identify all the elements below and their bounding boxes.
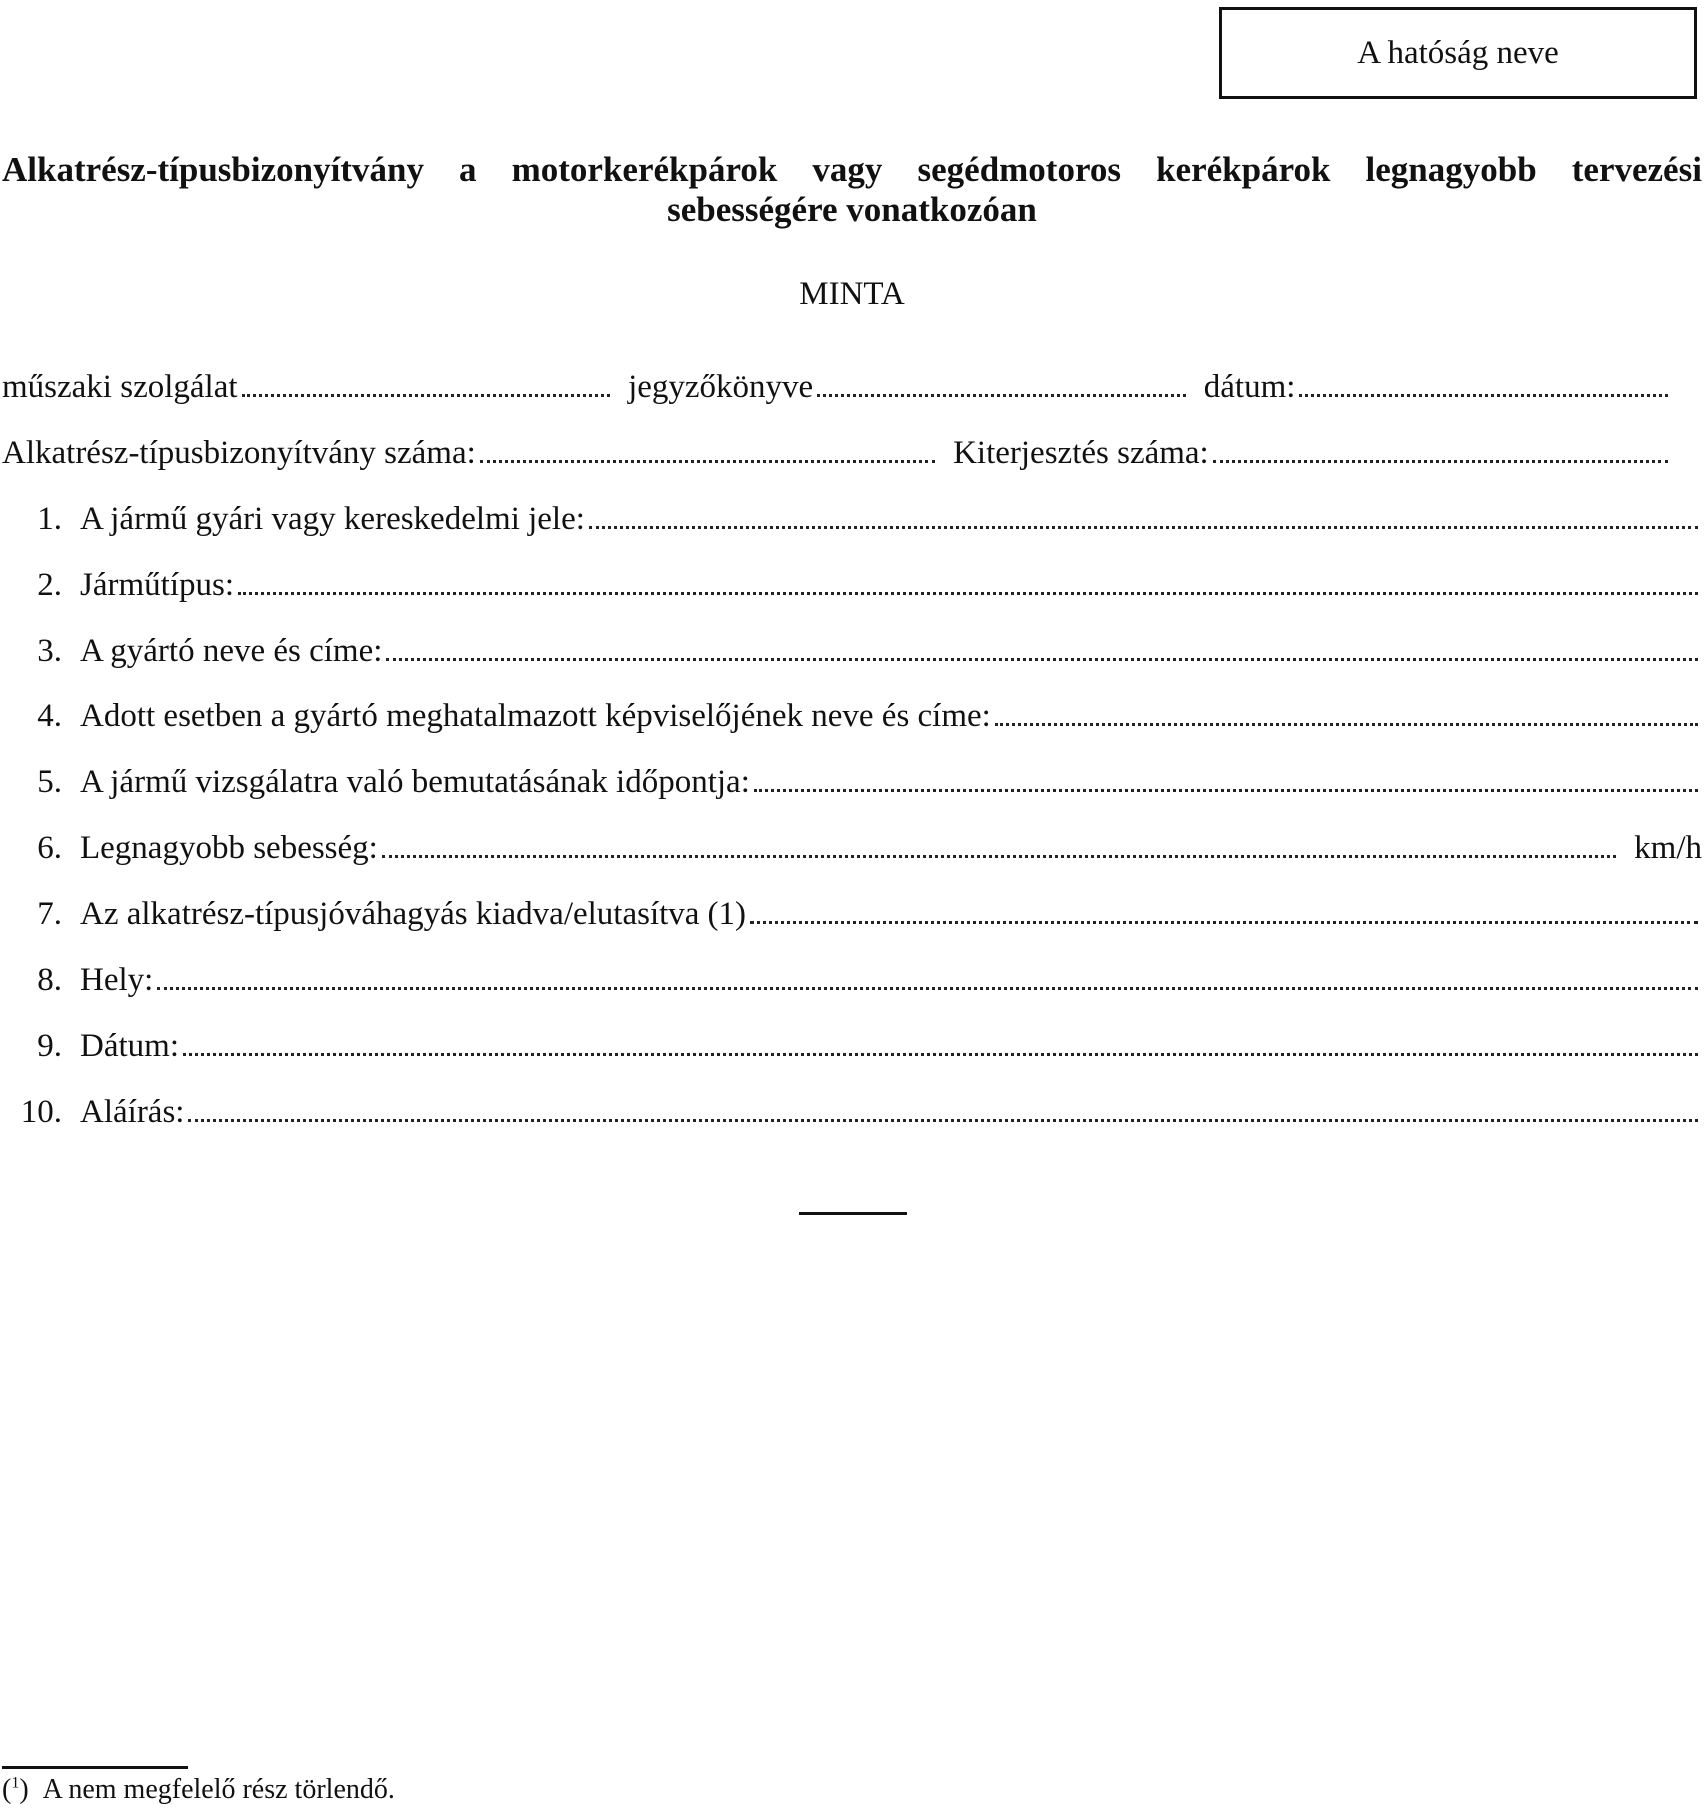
item-label: Hely: <box>80 962 153 999</box>
item-label: A jármű vizsgálatra való bemutatásának i… <box>80 764 750 801</box>
extension-number-field[interactable] <box>1213 434 1668 463</box>
title-line-2: sebességére vonatkozóan <box>2 190 1702 230</box>
item-row: 2. Járműtípus: <box>2 566 1702 606</box>
date-label: dátum: <box>1204 369 1296 406</box>
item-row: 1. A jármű gyári vagy kereskedelmi jele: <box>2 500 1702 540</box>
extension-number-label: Kiterjesztés száma: <box>953 435 1209 472</box>
item-row: 5. A jármű vizsgálatra való bemutatásána… <box>2 763 1702 803</box>
title-line-1: Alkatrész-típusbizonyítvány a motorkerék… <box>2 150 1702 190</box>
item-number: 4. <box>2 698 62 735</box>
speed-unit: km/h <box>1634 830 1702 867</box>
item-field[interactable] <box>238 566 1698 595</box>
technical-service-label: műszaki szolgálat <box>2 369 238 406</box>
item-number: 7. <box>2 896 62 933</box>
footnote-text: A nem megfelelő rész törlendő. <box>43 1774 395 1805</box>
signature-field[interactable] <box>188 1093 1698 1122</box>
footnote-reference: (1) <box>707 896 745 933</box>
date-field[interactable] <box>1299 368 1668 397</box>
item-number: 5. <box>2 764 62 801</box>
item-label: Adott esetben a gyártó meghatalmazott ké… <box>80 698 991 735</box>
section-divider <box>799 1212 907 1215</box>
footnote-marker: 1 <box>11 1775 19 1792</box>
item-number: 10. <box>2 1094 62 1131</box>
header-row-numbers: Alkatrész-típusbizonyítvány száma: Kiter… <box>2 434 1702 474</box>
title-word: vagy <box>812 150 882 190</box>
item-number: 1. <box>2 501 62 538</box>
report-field[interactable] <box>817 368 1186 397</box>
item-number: 3. <box>2 633 62 670</box>
item-field[interactable] <box>386 632 1698 661</box>
title-word: tervezési <box>1572 150 1702 190</box>
item-label: Dátum: <box>80 1028 179 1065</box>
authority-name-label: A hatóság neve <box>1357 35 1559 72</box>
item-row: 8. Hely: <box>2 961 1702 1001</box>
item-field[interactable] <box>750 895 1698 924</box>
item-label: Járműtípus: <box>80 567 234 604</box>
title-word: a <box>459 150 477 190</box>
item-label: A jármű gyári vagy kereskedelmi jele: <box>80 501 585 538</box>
title-word: Alkatrész-típusbizonyítvány <box>2 150 424 190</box>
item-row: 4. Adott esetben a gyártó meghatalmazott… <box>2 697 1702 737</box>
title-word: segédmotoros <box>918 150 1122 190</box>
title-word: legnagyobb <box>1366 150 1537 190</box>
item-label: A gyártó neve és címe: <box>80 633 382 670</box>
item-number: 8. <box>2 962 62 999</box>
item-label: Aláírás: <box>80 1094 184 1131</box>
item-label: Az alkatrész-típusjóváhagyás kiadva/elut… <box>80 896 699 933</box>
title-word: motorkerékpárok <box>512 150 778 190</box>
max-speed-field[interactable] <box>382 829 1616 858</box>
item-row: 10. Aláírás: <box>2 1093 1702 1133</box>
item-row: 3. A gyártó neve és címe: <box>2 632 1702 672</box>
header-row-service: műszaki szolgálat jegyzőkönyve dátum: <box>2 368 1702 408</box>
technical-service-field[interactable] <box>242 368 611 397</box>
item-row: 9. Dátum: <box>2 1027 1702 1067</box>
item-field[interactable] <box>995 697 1698 726</box>
item-number: 9. <box>2 1028 62 1065</box>
item-label: Legnagyobb sebesség: <box>80 830 378 867</box>
item-row: 7. Az alkatrész-típusjóváhagyás kiadva/e… <box>2 895 1702 935</box>
certificate-number-field[interactable] <box>480 434 935 463</box>
certificate-number-label: Alkatrész-típusbizonyítvány száma: <box>2 435 476 472</box>
report-label: jegyzőkönyve <box>628 369 813 406</box>
item-number: 2. <box>2 567 62 604</box>
item-number: 6. <box>2 830 62 867</box>
authority-name-box: A hatóság neve <box>1219 7 1697 99</box>
footnote-rule <box>2 1766 188 1769</box>
item-field[interactable] <box>754 763 1698 792</box>
place-field[interactable] <box>157 961 1698 990</box>
footnote: (1) A nem megfelelő rész törlendő. <box>2 1774 395 1806</box>
document-subtitle: MINTA <box>0 276 1704 313</box>
document-title: Alkatrész-típusbizonyítvány a motorkerék… <box>2 150 1702 230</box>
item-field[interactable] <box>589 500 1698 529</box>
title-word: kerékpárok <box>1156 150 1330 190</box>
date-signed-field[interactable] <box>183 1027 1698 1056</box>
item-row: 6. Legnagyobb sebesség: km/h <box>2 829 1702 869</box>
